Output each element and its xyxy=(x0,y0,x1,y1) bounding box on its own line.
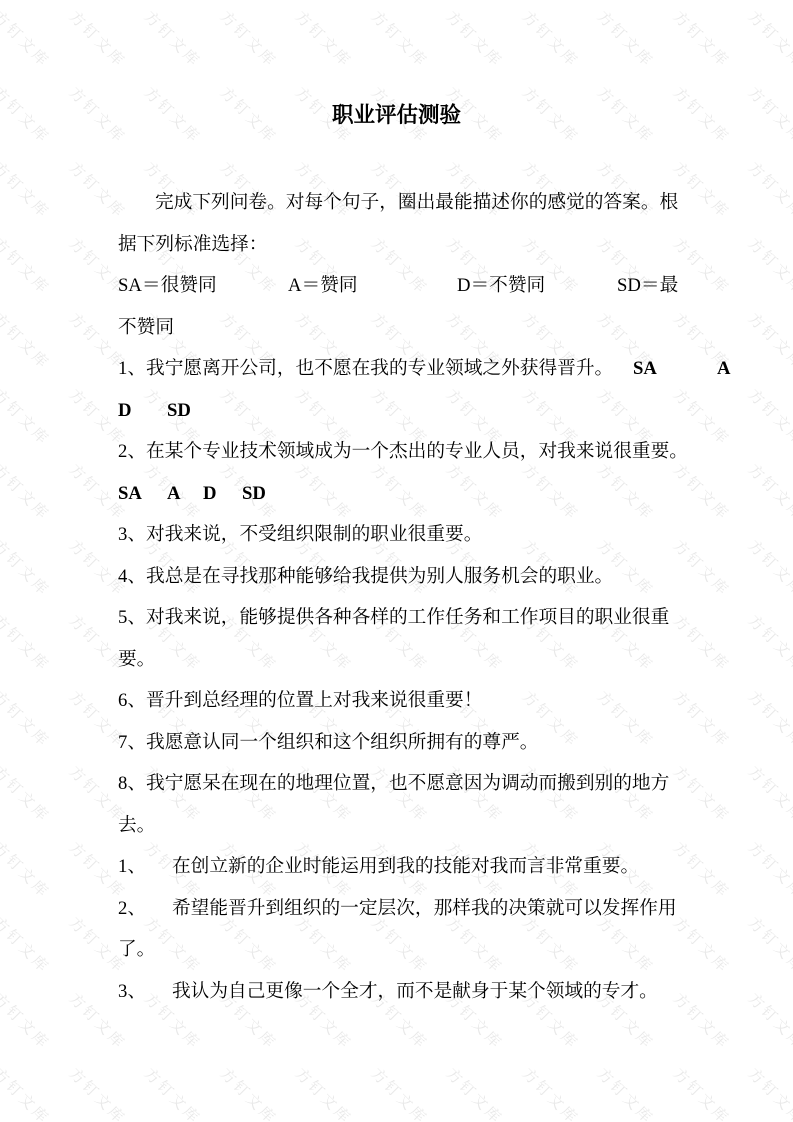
watermark-text: 方钉文库 xyxy=(669,6,735,72)
watermark-text: 方钉文库 xyxy=(669,535,735,601)
scale-option-a: A＝赞同 xyxy=(288,265,358,307)
watermark-text: 方钉文库 xyxy=(669,761,735,827)
answer-option-sd: SD xyxy=(242,473,266,515)
question-2-answers-line: SA A D SD xyxy=(118,473,675,515)
answer-option-d: D xyxy=(118,390,132,432)
intro-line: 完成下列问卷。对每个句子，圈出最能描述你的感觉的答案。根 xyxy=(118,182,675,224)
watermark-text: 方钉文库 xyxy=(0,157,55,223)
document-body: 完成下列问卷。对每个句子，圈出最能描述你的感觉的答案。根 据下列标准选择： SA… xyxy=(118,182,675,1012)
question-4-line: 4、我总是在寻找那种能够给我提供为别人服务机会的职业。 xyxy=(118,556,675,598)
question-7-line: 7、我愿意认同一个组织和这个组织所拥有的尊严。 xyxy=(118,722,675,764)
watermark-text: 方钉文库 xyxy=(65,6,131,72)
watermark-text: 方钉文库 xyxy=(518,1063,584,1122)
watermark-text: 方钉文库 xyxy=(744,308,793,374)
watermark-text: 方钉文库 xyxy=(593,6,659,72)
question-6-line: 6、晋升到总经理的位置上对我来说很重要！ xyxy=(118,680,675,722)
part2-item-1-line: 1、 在创立新的企业时能运用到我的技能对我而言非常重要。 xyxy=(118,846,675,888)
watermark-text: 方钉文库 xyxy=(744,535,793,601)
watermark-text: 方钉文库 xyxy=(744,610,793,676)
watermark-text: 方钉文库 xyxy=(0,610,55,676)
part2-item-2-line-2: 了。 xyxy=(118,929,675,971)
question-1-answers-line: D SD xyxy=(118,390,675,432)
watermark-text: 方钉文库 xyxy=(0,988,55,1054)
answer-option-d: D xyxy=(203,473,217,515)
part2-item-3-number: 3、 xyxy=(118,971,146,1013)
part2-item-2-line: 2、 希望能晋升到组织的一定层次，那样我的决策就可以发挥作用 xyxy=(118,888,675,930)
watermark-text: 方钉文库 xyxy=(669,686,735,752)
watermark-text: 方钉文库 xyxy=(0,761,55,827)
intro-line: 据下列标准选择： xyxy=(118,224,675,266)
watermark-text: 方钉文库 xyxy=(744,912,793,978)
watermark-text: 方钉文库 xyxy=(0,384,55,450)
watermark-text: 方钉文库 xyxy=(744,233,793,299)
watermark-text: 方钉文库 xyxy=(0,308,55,374)
watermark-text: 方钉文库 xyxy=(140,6,206,72)
part2-item-3-text: 我认为自己更像一个全才，而不是献身于某个领域的专才。 xyxy=(172,971,658,1013)
watermark-text: 方钉文库 xyxy=(744,837,793,903)
watermark-text: 方钉文库 xyxy=(744,157,793,223)
watermark-text: 方钉文库 xyxy=(442,1063,508,1122)
watermark-text: 方钉文库 xyxy=(669,1063,735,1122)
watermark-text: 方钉文库 xyxy=(0,912,55,978)
scale-option-sa: SA＝很赞同 xyxy=(118,265,217,307)
watermark-text: 方钉文库 xyxy=(744,761,793,827)
watermark-text: 方钉文库 xyxy=(669,459,735,525)
watermark-text: 方钉文库 xyxy=(65,1063,131,1122)
watermark-text: 方钉文库 xyxy=(669,837,735,903)
watermark-text: 方钉文库 xyxy=(0,837,55,903)
watermark-text: 方钉文库 xyxy=(216,6,282,72)
watermark-text: 方钉文库 xyxy=(669,988,735,1054)
watermark-text: 方钉文库 xyxy=(0,1063,55,1122)
watermark-text: 方钉文库 xyxy=(0,535,55,601)
part2-item-1-text: 在创立新的企业时能运用到我的技能对我而言非常重要。 xyxy=(172,846,639,888)
watermark-text: 方钉文库 xyxy=(744,686,793,752)
watermark-text: 方钉文库 xyxy=(593,1063,659,1122)
part2-item-2-number: 2、 xyxy=(118,888,146,930)
document-title: 职业评估测验 xyxy=(0,100,793,130)
answer-option-a: A xyxy=(717,348,731,390)
question-2-line: 2、在某个专业技术领域成为一个杰出的专业人员，对我来说很重要。 xyxy=(118,431,675,473)
watermark-text: 方钉文库 xyxy=(0,233,55,299)
question-1-line: 1、我宁愿离开公司，也不愿在我的专业领域之外获得晋升。 SA A xyxy=(118,348,675,390)
watermark-text: 方钉文库 xyxy=(518,6,584,72)
scale-option-d: D＝不赞同 xyxy=(457,265,545,307)
part2-item-2-text: 希望能晋升到组织的一定层次，那样我的决策就可以发挥作用 xyxy=(172,888,677,930)
watermark-text: 方钉文库 xyxy=(669,233,735,299)
watermark-text: 方钉文库 xyxy=(744,459,793,525)
watermark-text: 方钉文库 xyxy=(291,1063,357,1122)
question-3-line: 3、对我来说，不受组织限制的职业很重要。 xyxy=(118,514,675,556)
question-8-line: 8、我宁愿呆在现在的地理位置，也不愿意因为调动而搬到别的地方 xyxy=(118,763,675,805)
watermark-text: 方钉文库 xyxy=(669,157,735,223)
watermark-text: 方钉文库 xyxy=(291,6,357,72)
question-5-line: 5、对我来说，能够提供各种各样的工作任务和工作项目的职业很重 xyxy=(118,597,675,639)
answer-option-sa: SA xyxy=(633,348,657,390)
watermark-text: 方钉文库 xyxy=(744,6,793,72)
part2-item-1-number: 1、 xyxy=(118,846,146,888)
question-8-line-2: 去。 xyxy=(118,805,675,847)
rating-scale-line: SA＝很赞同 A＝赞同 D＝不赞同 SD＝最 xyxy=(118,265,675,307)
watermark-text: 方钉文库 xyxy=(442,6,508,72)
document-page: 方钉文库方钉文库方钉文库方钉文库方钉文库方钉文库方钉文库方钉文库方钉文库方钉文库… xyxy=(0,0,793,1122)
watermark-text: 方钉文库 xyxy=(669,610,735,676)
watermark-text: 方钉文库 xyxy=(367,6,433,72)
watermark-text: 方钉文库 xyxy=(216,1063,282,1122)
watermark-text: 方钉文库 xyxy=(0,459,55,525)
part2-item-3-line: 3、 我认为自己更像一个全才，而不是献身于某个领域的专才。 xyxy=(118,971,675,1013)
answer-option-sa: SA xyxy=(118,473,142,515)
answer-option-sd: SD xyxy=(167,390,191,432)
watermark-text: 方钉文库 xyxy=(0,6,55,72)
answer-option-a: A xyxy=(167,473,181,515)
watermark-text: 方钉文库 xyxy=(744,988,793,1054)
question-5-line-2: 要。 xyxy=(118,639,675,681)
watermark-text: 方钉文库 xyxy=(744,1063,793,1122)
scale-option-sd: SD＝最 xyxy=(617,265,678,307)
watermark-text: 方钉文库 xyxy=(0,686,55,752)
watermark-text: 方钉文库 xyxy=(140,1063,206,1122)
watermark-text: 方钉文库 xyxy=(367,1063,433,1122)
question-1-text: 1、我宁愿离开公司，也不愿在我的专业领域之外获得晋升。 xyxy=(118,358,613,379)
watermark-text: 方钉文库 xyxy=(669,384,735,450)
rating-scale-overflow-line: 不赞同 xyxy=(118,307,675,349)
watermark-text: 方钉文库 xyxy=(744,384,793,450)
watermark-text: 方钉文库 xyxy=(669,912,735,978)
